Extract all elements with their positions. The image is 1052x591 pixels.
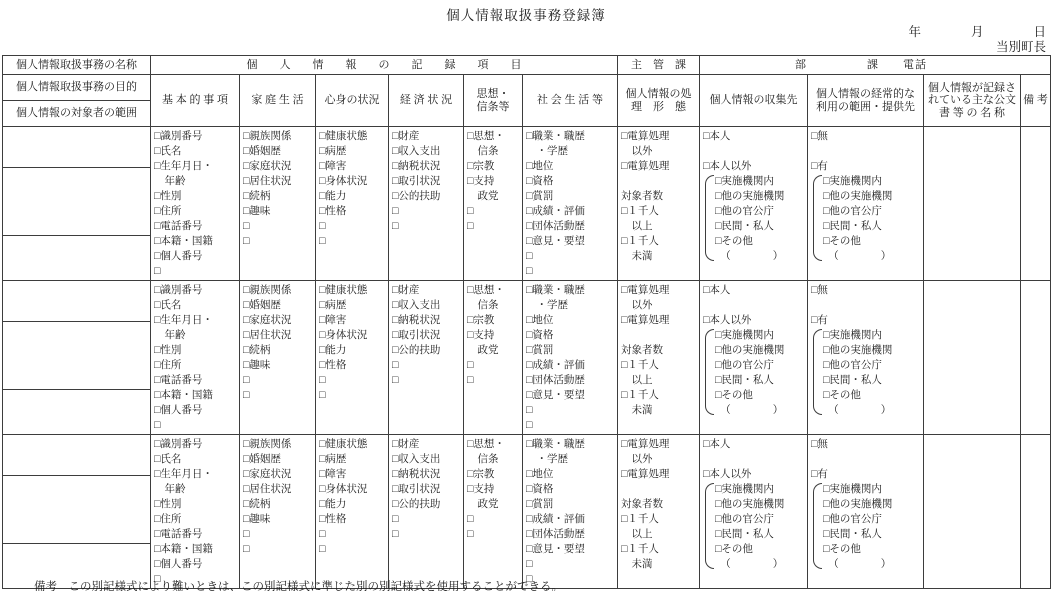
header-col-thought: 思想・ 信条等 bbox=[464, 75, 523, 127]
checkbox-option[interactable]: □性別 bbox=[154, 189, 239, 204]
checkbox-option[interactable]: □団体活動歴 bbox=[526, 373, 617, 388]
thought-items-list: □思想・ 信条□宗教□支持 政党□□ bbox=[464, 435, 522, 542]
left-bracket-decoration bbox=[813, 175, 822, 261]
checkbox-option[interactable]: □納税状況 bbox=[392, 467, 463, 482]
cell-collection-items: □本人 □本人以外 □実施機関内□他の実施機関□他の官公庁□民間・私人□その他 … bbox=[700, 281, 808, 435]
checkbox-option[interactable]: □婚姻歴 bbox=[243, 452, 315, 467]
checkbox-option[interactable]: □本人 bbox=[703, 283, 807, 298]
checkbox-option[interactable]: □無 bbox=[811, 437, 923, 452]
checkbox-option[interactable]: □有 bbox=[811, 313, 923, 328]
checkbox-option[interactable]: □民間・私人 bbox=[715, 373, 784, 388]
checkbox-option[interactable]: □その他 bbox=[823, 234, 892, 249]
entry-block: □識別番号□氏名□生年月日・ 年齢□性別□住所□電話番号□本籍・国籍□個人番号□… bbox=[3, 127, 1051, 281]
checkbox-option[interactable]: □支持 政党 bbox=[467, 328, 522, 358]
checkbox-option[interactable]: □氏名 bbox=[154, 452, 239, 467]
checkbox-option[interactable]: □ bbox=[392, 512, 463, 527]
date-line: 年 月 日 bbox=[908, 25, 1046, 40]
header-col-processing: 個人情報の処 理 形 態 bbox=[618, 75, 700, 127]
form-page: 個人情報取扱事務登録簿 年 月 日 当別町長 個人情報取扱事務の名称 個 人 情… bbox=[0, 0, 1052, 591]
checkbox-option[interactable]: □氏名 bbox=[154, 144, 239, 159]
checkbox-option[interactable]: □ bbox=[243, 388, 315, 403]
checkbox-option[interactable]: □ bbox=[467, 204, 522, 219]
checkbox-option[interactable]: □居住状況 bbox=[243, 328, 315, 343]
checkbox-option[interactable]: □識別番号 bbox=[154, 283, 239, 298]
checkbox-option[interactable]: □取引状況 bbox=[392, 174, 463, 189]
checkbox-option[interactable]: □資格 bbox=[526, 174, 617, 189]
list-text: （ ） bbox=[715, 557, 784, 572]
checkbox-option[interactable]: □その他 bbox=[715, 234, 784, 249]
checkbox-option[interactable]: □その他 bbox=[823, 388, 892, 403]
checkbox-option[interactable]: □実施機関内 bbox=[715, 328, 784, 343]
checkbox-option[interactable]: □本人以外 bbox=[703, 159, 807, 174]
checkbox-option[interactable]: □本人以外 bbox=[703, 313, 807, 328]
checkbox-option[interactable]: □ bbox=[392, 527, 463, 542]
list-text: （ ） bbox=[823, 403, 892, 418]
cell-documents-entry[interactable] bbox=[924, 127, 1021, 281]
checkbox-option[interactable]: □無 bbox=[811, 129, 923, 144]
usage-subgroup: □実施機関内□他の実施機関□他の官公庁□民間・私人□その他 （ ） bbox=[813, 482, 923, 572]
usage-subgroup: □実施機関内□他の実施機関□他の官公庁□民間・私人□その他 （ ） bbox=[813, 174, 923, 264]
entry-subject-scope-cell[interactable] bbox=[3, 236, 151, 281]
checkbox-option[interactable]: □ bbox=[526, 418, 617, 433]
checkbox-option[interactable]: □ bbox=[243, 542, 315, 557]
checkbox-option[interactable]: □他の官公庁 bbox=[823, 204, 892, 219]
checkbox-option[interactable]: □賞罰 bbox=[526, 189, 617, 204]
processing-items-list: □電算処理 以外□電算処理 対象者数□１千人 以上□１千人 未満 bbox=[618, 435, 699, 572]
registry-table: 個人情報取扱事務の名称 個 人 情 報 の 記 録 項 目 主 管 課 部 課 … bbox=[2, 55, 1051, 589]
entry-task-purpose-cell[interactable] bbox=[3, 476, 151, 544]
checkbox-option[interactable]: □続柄 bbox=[243, 497, 315, 512]
checkbox-option[interactable]: □実施機関内 bbox=[823, 328, 892, 343]
checkbox-option[interactable]: □健康状態 bbox=[319, 129, 388, 144]
checkbox-option[interactable]: □無 bbox=[811, 283, 923, 298]
entry-block: □識別番号□氏名□生年月日・ 年齢□性別□住所□電話番号□本籍・国籍□個人番号□… bbox=[3, 435, 1051, 589]
checkbox-option[interactable]: □宗教 bbox=[467, 159, 522, 174]
header-dept-phone: 部 課 電話 bbox=[700, 56, 1051, 75]
entry-block: □識別番号□氏名□生年月日・ 年齢□性別□住所□電話番号□本籍・国籍□個人番号□… bbox=[3, 281, 1051, 435]
list-spacer bbox=[621, 328, 699, 343]
economic-items-list: □財産□収入支出□納税状況□取引状況□公的扶助□□ bbox=[389, 127, 463, 234]
checkbox-option[interactable]: □職業・職歴 ・学歴 bbox=[526, 129, 617, 159]
checkbox-option[interactable]: □他の官公庁 bbox=[715, 204, 784, 219]
entry-subject-scope-cell[interactable] bbox=[3, 390, 151, 435]
checkbox-option[interactable]: □電話番号 bbox=[154, 219, 239, 234]
checkbox-option[interactable]: □生年月日・ 年齢 bbox=[154, 313, 239, 343]
checkbox-option[interactable]: □ bbox=[392, 373, 463, 388]
list-text: （ ） bbox=[715, 403, 784, 418]
checkbox-option[interactable]: □ bbox=[319, 527, 388, 542]
checkbox-option[interactable]: □財産 bbox=[392, 437, 463, 452]
checkbox-option[interactable]: □民間・私人 bbox=[715, 219, 784, 234]
list-text: （ ） bbox=[715, 249, 784, 264]
checkbox-option[interactable]: □成績・評価 bbox=[526, 358, 617, 373]
checkbox-option[interactable]: □実施機関内 bbox=[823, 174, 892, 189]
entry-task-purpose-cell[interactable] bbox=[3, 168, 151, 236]
checkbox-option[interactable]: □支持 政党 bbox=[467, 174, 522, 204]
checkbox-option[interactable]: □職業・職歴 ・学歴 bbox=[526, 283, 617, 313]
checkbox-option[interactable]: □資格 bbox=[526, 328, 617, 343]
cell-remarks-entry[interactable] bbox=[1021, 127, 1051, 281]
checkbox-option[interactable]: □宗教 bbox=[467, 467, 522, 482]
checkbox-option[interactable]: □生年月日・ 年齢 bbox=[154, 467, 239, 497]
cell-remarks-entry[interactable] bbox=[1021, 281, 1051, 435]
checkbox-option[interactable]: □居住状況 bbox=[243, 174, 315, 189]
checkbox-option[interactable]: □支持 政党 bbox=[467, 482, 522, 512]
checkbox-option[interactable]: □居住状況 bbox=[243, 482, 315, 497]
checkbox-option[interactable]: □ bbox=[319, 219, 388, 234]
checkbox-option[interactable]: □意見・要望 bbox=[526, 388, 617, 403]
checkbox-option[interactable]: □実施機関内 bbox=[823, 482, 892, 497]
checkbox-option[interactable]: □能力 bbox=[319, 497, 388, 512]
checkbox-option[interactable]: □健康状態 bbox=[319, 437, 388, 452]
collection-sub-items-list: □実施機関内□他の実施機関□他の官公庁□民間・私人□その他 （ ） bbox=[714, 482, 784, 572]
checkbox-option[interactable]: □趣味 bbox=[243, 358, 315, 373]
checkbox-option[interactable]: □ bbox=[243, 527, 315, 542]
family-items-list: □親族関係□婚姻歴□家庭状況□居住状況□続柄□趣味□□ bbox=[240, 281, 315, 403]
checkbox-option[interactable]: □電算処理 以外 bbox=[621, 437, 699, 467]
checkbox-option[interactable]: □他の官公庁 bbox=[715, 512, 784, 527]
cell-family-items: □親族関係□婚姻歴□家庭状況□居住状況□続柄□趣味□□ bbox=[240, 435, 316, 589]
checkbox-option[interactable]: □ bbox=[467, 527, 522, 542]
cell-mind-body-items: □健康状態□病歴□障害□身体状況□能力□性格□□ bbox=[316, 281, 389, 435]
checkbox-option[interactable]: □ bbox=[154, 418, 239, 433]
collection-items-list: □本人 □本人以外 bbox=[700, 281, 807, 328]
entry-task-name-cell[interactable] bbox=[3, 435, 151, 476]
cell-collection-items: □本人 □本人以外 □実施機関内□他の実施機関□他の官公庁□民間・私人□その他 … bbox=[700, 435, 808, 589]
checkbox-option[interactable]: □身体状況 bbox=[319, 174, 388, 189]
checkbox-option[interactable]: □ bbox=[526, 249, 617, 264]
cell-processing-items: □電算処理 以外□電算処理 対象者数□１千人 以上□１千人 未満 bbox=[618, 435, 700, 589]
checkbox-option[interactable]: □健康状態 bbox=[319, 283, 388, 298]
usage-items-list: □無 □有 bbox=[808, 435, 923, 482]
checkbox-option[interactable]: □本籍・国籍 bbox=[154, 234, 239, 249]
form-title: 個人情報取扱事務登録簿 bbox=[0, 0, 1052, 24]
checkbox-option[interactable]: □賞罰 bbox=[526, 343, 617, 358]
checkbox-option[interactable]: □障害 bbox=[319, 159, 388, 174]
checkbox-option[interactable]: □障害 bbox=[319, 467, 388, 482]
checkbox-option[interactable]: □他の実施機関 bbox=[715, 189, 784, 204]
header-col-social: 社 会 生 活 等 bbox=[523, 75, 618, 127]
checkbox-option[interactable]: □地位 bbox=[526, 159, 617, 174]
entry-task-purpose-cell[interactable] bbox=[3, 322, 151, 390]
checkbox-option[interactable]: □本人 bbox=[703, 129, 807, 144]
checkbox-option[interactable]: □思想・ 信条 bbox=[467, 129, 522, 159]
checkbox-option[interactable]: □識別番号 bbox=[154, 129, 239, 144]
collection-sub-items-list: □実施機関内□他の実施機関□他の官公庁□民間・私人□その他 （ ） bbox=[714, 328, 784, 418]
social-items-list: □職業・職歴 ・学歴□地位□資格□賞罰□成績・評価□団体活動歴□意見・要望□□ bbox=[523, 127, 617, 279]
checkbox-option[interactable]: □能力 bbox=[319, 189, 388, 204]
checkbox-option[interactable]: □能力 bbox=[319, 343, 388, 358]
cell-family-items: □親族関係□婚姻歴□家庭状況□居住状況□続柄□趣味□□ bbox=[240, 281, 316, 435]
cell-thought-items: □思想・ 信条□宗教□支持 政党□□ bbox=[464, 127, 523, 281]
checkbox-option[interactable]: □納税状況 bbox=[392, 159, 463, 174]
usage-items-list: □無 □有 bbox=[808, 281, 923, 328]
checkbox-option[interactable]: □地位 bbox=[526, 313, 617, 328]
checkbox-option[interactable]: □個人番号 bbox=[154, 557, 239, 572]
list-text: 対象者数 bbox=[621, 497, 699, 512]
thought-items-list: □思想・ 信条□宗教□支持 政党□□ bbox=[464, 127, 522, 234]
collection-subgroup: □実施機関内□他の実施機関□他の官公庁□民間・私人□その他 （ ） bbox=[705, 482, 807, 572]
checkbox-option[interactable]: □本籍・国籍 bbox=[154, 542, 239, 557]
cell-social-items: □職業・職歴 ・学歴□地位□資格□賞罰□成績・評価□団体活動歴□意見・要望□□ bbox=[523, 127, 618, 281]
list-spacer bbox=[811, 452, 923, 467]
checkbox-option[interactable]: □納税状況 bbox=[392, 313, 463, 328]
checkbox-option[interactable]: □親族関係 bbox=[243, 437, 315, 452]
checkbox-option[interactable]: □民間・私人 bbox=[823, 373, 892, 388]
checkbox-option[interactable]: □他の実施機関 bbox=[823, 189, 892, 204]
checkbox-option[interactable]: □ bbox=[319, 373, 388, 388]
checkbox-option[interactable]: □資格 bbox=[526, 482, 617, 497]
checkbox-option[interactable]: □本籍・国籍 bbox=[154, 388, 239, 403]
checkbox-option[interactable]: □親族関係 bbox=[243, 283, 315, 298]
checkbox-option[interactable]: □趣味 bbox=[243, 204, 315, 219]
header-col-remarks: 備 考 bbox=[1021, 75, 1051, 127]
cell-documents-entry[interactable] bbox=[924, 281, 1021, 435]
checkbox-option[interactable]: □他の官公庁 bbox=[823, 358, 892, 373]
checkbox-option[interactable]: □身体状況 bbox=[319, 328, 388, 343]
checkbox-option[interactable]: □性格 bbox=[319, 358, 388, 373]
list-text: 対象者数 bbox=[621, 189, 699, 204]
checkbox-option[interactable]: □宗教 bbox=[467, 313, 522, 328]
checkbox-option[interactable]: □ bbox=[243, 219, 315, 234]
header-record-items: 個 人 情 報 の 記 録 項 目 bbox=[151, 56, 618, 75]
checkbox-option[interactable]: □賞罰 bbox=[526, 497, 617, 512]
checkbox-option[interactable]: □識別番号 bbox=[154, 437, 239, 452]
checkbox-option[interactable]: □電話番号 bbox=[154, 373, 239, 388]
checkbox-option[interactable]: □ bbox=[467, 358, 522, 373]
checkbox-option[interactable]: □１千人 未満 bbox=[621, 542, 699, 572]
checkbox-option[interactable]: □１千人 以上 bbox=[621, 358, 699, 388]
checkbox-option[interactable]: □その他 bbox=[823, 542, 892, 557]
checkbox-option[interactable]: □成績・評価 bbox=[526, 204, 617, 219]
checkbox-option[interactable]: □ bbox=[154, 264, 239, 279]
checkbox-option[interactable]: □収入支出 bbox=[392, 452, 463, 467]
checkbox-option[interactable]: □財産 bbox=[392, 129, 463, 144]
checkbox-option[interactable]: □病歴 bbox=[319, 452, 388, 467]
checkbox-option[interactable]: □民間・私人 bbox=[823, 527, 892, 542]
checkbox-option[interactable]: □家庭状況 bbox=[243, 313, 315, 328]
cell-basic-items: □識別番号□氏名□生年月日・ 年齢□性別□住所□電話番号□本籍・国籍□個人番号□ bbox=[151, 127, 240, 281]
economic-items-list: □財産□収入支出□納税状況□取引状況□公的扶助□□ bbox=[389, 281, 463, 388]
thought-items-list: □思想・ 信条□宗教□支持 政党□□ bbox=[464, 281, 522, 388]
cell-basic-items: □識別番号□氏名□生年月日・ 年齢□性別□住所□電話番号□本籍・国籍□個人番号□ bbox=[151, 281, 240, 435]
header-col-collection: 個人情報の収集先 bbox=[700, 75, 808, 127]
usage-sub-items-list: □実施機関内□他の実施機関□他の官公庁□民間・私人□その他 （ ） bbox=[822, 328, 892, 418]
checkbox-option[interactable]: □電算処理 bbox=[621, 313, 699, 328]
checkbox-option[interactable]: □地位 bbox=[526, 467, 617, 482]
checkbox-option[interactable]: □電話番号 bbox=[154, 527, 239, 542]
checkbox-option[interactable]: □有 bbox=[811, 467, 923, 482]
checkbox-option[interactable]: □他の実施機関 bbox=[823, 497, 892, 512]
checkbox-option[interactable]: □ bbox=[243, 234, 315, 249]
list-spacer bbox=[621, 174, 699, 189]
left-bracket-decoration bbox=[813, 329, 822, 415]
header-subject-scope: 個人情報の対象者の範囲 bbox=[3, 101, 151, 127]
cell-documents-entry[interactable] bbox=[924, 435, 1021, 589]
checkbox-option[interactable]: □個人番号 bbox=[154, 249, 239, 264]
mind-body-items-list: □健康状態□病歴□障害□身体状況□能力□性格□□ bbox=[316, 281, 388, 403]
processing-items-list: □電算処理 以外□電算処理 対象者数□１千人 以上□１千人 未満 bbox=[618, 127, 699, 264]
checkbox-option[interactable]: □意見・要望 bbox=[526, 234, 617, 249]
checkbox-option[interactable]: □続柄 bbox=[243, 343, 315, 358]
checkbox-option[interactable]: □婚姻歴 bbox=[243, 144, 315, 159]
checkbox-option[interactable]: □１千人 以上 bbox=[621, 204, 699, 234]
checkbox-option[interactable]: □親族関係 bbox=[243, 129, 315, 144]
checkbox-option[interactable]: □意見・要望 bbox=[526, 542, 617, 557]
checkbox-option[interactable]: □性格 bbox=[319, 204, 388, 219]
checkbox-option[interactable]: □団体活動歴 bbox=[526, 219, 617, 234]
checkbox-option[interactable]: □本人以外 bbox=[703, 467, 807, 482]
cell-economic-items: □財産□収入支出□納税状況□取引状況□公的扶助□□ bbox=[389, 281, 464, 435]
left-bracket-decoration bbox=[705, 329, 714, 415]
checkbox-option[interactable]: □実施機関内 bbox=[715, 482, 784, 497]
cell-processing-items: □電算処理 以外□電算処理 対象者数□１千人 以上□１千人 未満 bbox=[618, 281, 700, 435]
checkbox-option[interactable]: □実施機関内 bbox=[715, 174, 784, 189]
checkbox-option[interactable]: □他の実施機関 bbox=[715, 343, 784, 358]
header-col-documents: 個人情報が記録さ れている主な公文 書 等 の 名 称 bbox=[924, 75, 1021, 127]
checkbox-option[interactable]: □職業・職歴 ・学歴 bbox=[526, 437, 617, 467]
collection-items-list: □本人 □本人以外 bbox=[700, 127, 807, 174]
checkbox-option[interactable]: □その他 bbox=[715, 542, 784, 557]
economic-items-list: □財産□収入支出□納税状況□取引状況□公的扶助□□ bbox=[389, 435, 463, 542]
checkbox-option[interactable]: □民間・私人 bbox=[823, 219, 892, 234]
checkbox-option[interactable]: □病歴 bbox=[319, 298, 388, 313]
checkbox-option[interactable]: □ bbox=[319, 234, 388, 249]
checkbox-option[interactable]: □収入支出 bbox=[392, 144, 463, 159]
checkbox-option[interactable]: □取引状況 bbox=[392, 328, 463, 343]
checkbox-option[interactable]: □家庭状況 bbox=[243, 159, 315, 174]
checkbox-option[interactable]: □収入支出 bbox=[392, 298, 463, 313]
entry-task-name-cell[interactable] bbox=[3, 281, 151, 322]
list-spacer bbox=[703, 298, 807, 313]
left-bracket-decoration bbox=[705, 483, 714, 569]
cell-social-items: □職業・職歴 ・学歴□地位□資格□賞罰□成績・評価□団体活動歴□意見・要望□□ bbox=[523, 435, 618, 589]
checkbox-option[interactable]: □電算処理 bbox=[621, 467, 699, 482]
social-items-list: □職業・職歴 ・学歴□地位□資格□賞罰□成績・評価□団体活動歴□意見・要望□□ bbox=[523, 435, 617, 587]
usage-sub-items-list: □実施機関内□他の実施機関□他の官公庁□民間・私人□その他 （ ） bbox=[822, 174, 892, 264]
checkbox-option[interactable]: □ bbox=[467, 219, 522, 234]
list-spacer bbox=[811, 144, 923, 159]
checkbox-option[interactable]: □団体活動歴 bbox=[526, 527, 617, 542]
checkbox-option[interactable]: □公的扶助 bbox=[392, 189, 463, 204]
checkbox-option[interactable]: □その他 bbox=[715, 388, 784, 403]
checkbox-option[interactable]: □他の実施機関 bbox=[715, 497, 784, 512]
list-text: （ ） bbox=[823, 557, 892, 572]
header-col-basic: 基 本 的 事 項 bbox=[151, 75, 240, 127]
social-items-list: □職業・職歴 ・学歴□地位□資格□賞罰□成績・評価□団体活動歴□意見・要望□□ bbox=[523, 281, 617, 433]
usage-subgroup: □実施機関内□他の実施機関□他の官公庁□民間・私人□その他 （ ） bbox=[813, 328, 923, 418]
checkbox-option[interactable]: □身体状況 bbox=[319, 482, 388, 497]
list-text: （ ） bbox=[823, 249, 892, 264]
checkbox-option[interactable]: □電算処理 以外 bbox=[621, 283, 699, 313]
checkbox-option[interactable]: □ bbox=[526, 264, 617, 279]
checkbox-option[interactable]: □取引状況 bbox=[392, 482, 463, 497]
checkbox-option[interactable]: □性格 bbox=[319, 512, 388, 527]
checkbox-option[interactable]: □思想・ 信条 bbox=[467, 283, 522, 313]
basic-items-list: □識別番号□氏名□生年月日・ 年齢□性別□住所□電話番号□本籍・国籍□個人番号□ bbox=[151, 435, 239, 587]
family-items-list: □親族関係□婚姻歴□家庭状況□居住状況□続柄□趣味□□ bbox=[240, 127, 315, 249]
checkbox-option[interactable]: □ bbox=[526, 403, 617, 418]
collection-subgroup: □実施機関内□他の実施機関□他の官公庁□民間・私人□その他 （ ） bbox=[705, 174, 807, 264]
mind-body-items-list: □健康状態□病歴□障害□身体状況□能力□性格□□ bbox=[316, 435, 388, 557]
checkbox-option[interactable]: □ bbox=[467, 512, 522, 527]
checkbox-option[interactable]: □民間・私人 bbox=[715, 527, 784, 542]
mind-body-items-list: □健康状態□病歴□障害□身体状況□能力□性格□□ bbox=[316, 127, 388, 249]
checkbox-option[interactable]: □電算処理 以外 bbox=[621, 129, 699, 159]
checkbox-option[interactable]: □公的扶助 bbox=[392, 497, 463, 512]
checkbox-option[interactable]: □個人番号 bbox=[154, 403, 239, 418]
cell-remarks-entry[interactable] bbox=[1021, 435, 1051, 589]
checkbox-option[interactable]: □電算処理 bbox=[621, 159, 699, 174]
cell-mind-body-items: □健康状態□病歴□障害□身体状況□能力□性格□□ bbox=[316, 435, 389, 589]
checkbox-option[interactable]: □１千人 未満 bbox=[621, 388, 699, 418]
checkbox-option[interactable]: □公的扶助 bbox=[392, 343, 463, 358]
checkbox-option[interactable]: □ bbox=[243, 373, 315, 388]
entry-task-name-cell[interactable] bbox=[3, 127, 151, 168]
checkbox-option[interactable]: □氏名 bbox=[154, 298, 239, 313]
left-bracket-decoration bbox=[813, 483, 822, 569]
cell-collection-items: □本人 □本人以外 □実施機関内□他の実施機関□他の官公庁□民間・私人□その他 … bbox=[700, 127, 808, 281]
header-col-usage: 個人情報の経常的な 利用の範囲・提供先 bbox=[808, 75, 924, 127]
checkbox-option[interactable]: □家庭状況 bbox=[243, 467, 315, 482]
list-spacer bbox=[703, 144, 807, 159]
checkbox-option[interactable]: □本人 bbox=[703, 437, 807, 452]
checkbox-option[interactable]: □１千人 以上 bbox=[621, 512, 699, 542]
footer-note: 備考 この別記様式により難いときは、この別記様式に準じた別の別記様式を使用するこ… bbox=[34, 578, 563, 591]
checkbox-option[interactable]: □成績・評価 bbox=[526, 512, 617, 527]
cell-usage-items: □無 □有 □実施機関内□他の実施機関□他の官公庁□民間・私人□その他 （ ） bbox=[808, 127, 924, 281]
checkbox-option[interactable]: □婚姻歴 bbox=[243, 298, 315, 313]
checkbox-option[interactable]: □障害 bbox=[319, 313, 388, 328]
addressee-label: 当別町長 bbox=[908, 40, 1046, 55]
checkbox-option[interactable]: □財産 bbox=[392, 283, 463, 298]
checkbox-option[interactable]: □ bbox=[319, 388, 388, 403]
left-bracket-decoration bbox=[705, 175, 714, 261]
processing-items-list: □電算処理 以外□電算処理 対象者数□１千人 以上□１千人 未満 bbox=[618, 281, 699, 418]
checkbox-option[interactable]: □他の官公庁 bbox=[715, 358, 784, 373]
checkbox-option[interactable]: □有 bbox=[811, 159, 923, 174]
usage-items-list: □無 □有 bbox=[808, 127, 923, 174]
checkbox-option[interactable]: □続柄 bbox=[243, 189, 315, 204]
checkbox-option[interactable]: □住所 bbox=[154, 512, 239, 527]
checkbox-option[interactable]: □趣味 bbox=[243, 512, 315, 527]
cell-processing-items: □電算処理 以外□電算処理 対象者数□１千人 以上□１千人 未満 bbox=[618, 127, 700, 281]
checkbox-option[interactable]: □性別 bbox=[154, 343, 239, 358]
checkbox-option[interactable]: □１千人 未満 bbox=[621, 234, 699, 264]
checkbox-option[interactable]: □ bbox=[392, 219, 463, 234]
checkbox-option[interactable]: □ bbox=[392, 204, 463, 219]
header-col-mind-body: 心身の状況 bbox=[316, 75, 389, 127]
checkbox-option[interactable]: □生年月日・ 年齢 bbox=[154, 159, 239, 189]
checkbox-option[interactable]: □住所 bbox=[154, 358, 239, 373]
checkbox-option[interactable]: □住所 bbox=[154, 204, 239, 219]
cell-usage-items: □無 □有 □実施機関内□他の実施機関□他の官公庁□民間・私人□その他 （ ） bbox=[808, 435, 924, 589]
checkbox-option[interactable]: □他の官公庁 bbox=[823, 512, 892, 527]
checkbox-option[interactable]: □ bbox=[392, 358, 463, 373]
cell-social-items: □職業・職歴 ・学歴□地位□資格□賞罰□成績・評価□団体活動歴□意見・要望□□ bbox=[523, 281, 618, 435]
family-items-list: □親族関係□婚姻歴□家庭状況□居住状況□続柄□趣味□□ bbox=[240, 435, 315, 557]
checkbox-option[interactable]: □ bbox=[319, 542, 388, 557]
checkbox-option[interactable]: □ bbox=[467, 373, 522, 388]
checkbox-option[interactable]: □病歴 bbox=[319, 144, 388, 159]
checkbox-option[interactable]: □ bbox=[526, 557, 617, 572]
checkbox-option[interactable]: □他の実施機関 bbox=[823, 343, 892, 358]
checkbox-option[interactable]: □思想・ 信条 bbox=[467, 437, 522, 467]
checkbox-option[interactable]: □性別 bbox=[154, 497, 239, 512]
collection-items-list: □本人 □本人以外 bbox=[700, 435, 807, 482]
header-task-purpose: 個人情報取扱事務の目的 bbox=[3, 75, 151, 101]
cell-economic-items: □財産□収入支出□納税状況□取引状況□公的扶助□□ bbox=[389, 435, 464, 589]
